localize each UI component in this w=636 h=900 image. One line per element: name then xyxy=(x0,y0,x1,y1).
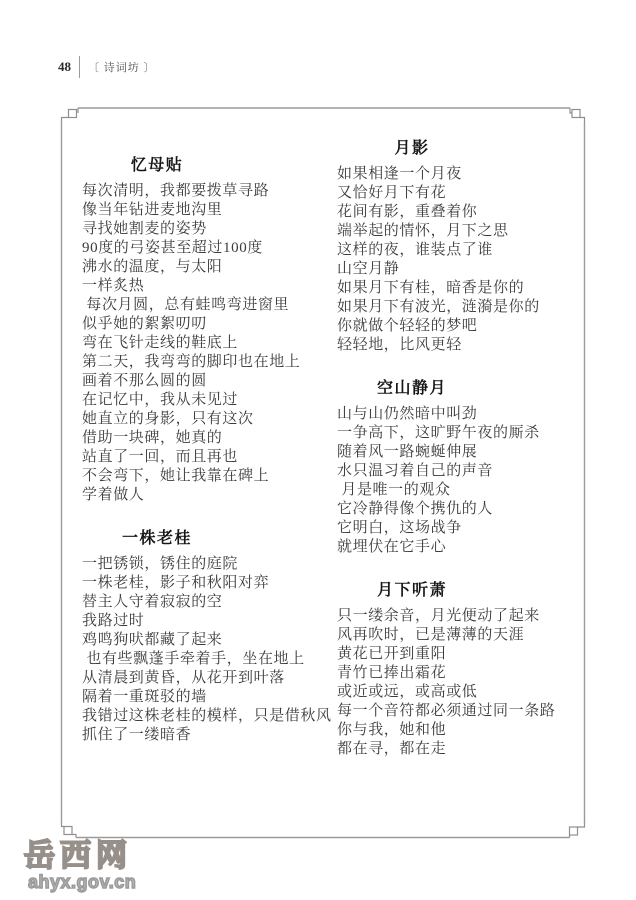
poem-title: 忆母贴 xyxy=(82,156,232,176)
poem-line: 在记忆中，我从未见过 xyxy=(82,391,334,410)
watermark-site-url: ahyx.gov.cn xyxy=(28,873,136,891)
poem-line: 轻轻地，比风更轻 xyxy=(337,336,587,355)
poem-line: 站直了一回，而且再也 xyxy=(82,448,334,467)
page-header: 48 〔 诗词坊 〕 xyxy=(58,56,156,78)
frame-corner-square-tr xyxy=(572,110,580,118)
poem-line: 山空月静 xyxy=(337,260,587,279)
poem-line: 你就做个轻轻的梦吧 xyxy=(337,317,587,336)
poem-line: 学着做人 xyxy=(82,486,334,505)
header-divider xyxy=(79,56,80,78)
poem-line: 风再吹时，已是薄薄的天涯 xyxy=(337,626,587,645)
poem-line: 弯在飞针走线的鞋底上 xyxy=(82,334,334,353)
poem: 忆母贴每次清明，我都要拨草寻路像当年钻进麦地沟里寻找她割麦的姿势90度的弓姿甚至… xyxy=(82,156,334,505)
poem-line: 不会弯下，她让我靠在碑上 xyxy=(82,467,334,486)
poem-line: 每次清明，我都要拨草寻路 xyxy=(82,182,334,201)
poem-line: 如果月下有桂，暗香是你的 xyxy=(337,279,587,298)
poem-line: 都在寻，都在走 xyxy=(337,740,587,759)
poem-line: 替主人守着寂寂的空 xyxy=(82,593,334,612)
poem-line: 每一个音符都必须通过同一条路 xyxy=(337,702,587,721)
poem-line: 从清晨到黄昏，从花开到叶落 xyxy=(82,669,334,688)
poem-line: 青竹已捧出霜花 xyxy=(337,664,587,683)
poem-line: 水只温习着自己的声音 xyxy=(337,462,587,481)
book-page: 48 〔 诗词坊 〕 忆 xyxy=(0,0,636,900)
poem-line: 随着风一路蜿蜒伸展 xyxy=(337,443,587,462)
poem-title: 月下听萧 xyxy=(337,581,487,601)
poem-line: 借助一块碑，她真的 xyxy=(82,429,334,448)
watermark: 岳西网 ahyx.gov.cn xyxy=(24,840,136,891)
poem-line: 每次月圆，总有蛙鸣弯进窗里 xyxy=(82,296,334,315)
page-number: 48 xyxy=(58,59,71,75)
poem-title: 一株老桂 xyxy=(82,529,232,549)
poem-line: 一把锈锁，锈住的庭院 xyxy=(82,555,334,574)
poem-line: 你与我，她和他 xyxy=(337,721,587,740)
poem: 空山静月山与山仍然暗中叫劲一争高下，这旷野午夜的厮杀随着风一路蜿蜒伸展水只温习着… xyxy=(337,379,587,557)
poem-line: 如果月下有波光，涟漪是你的 xyxy=(337,298,587,317)
poem-line: 鸡鸣狗吠都藏了起来 xyxy=(82,631,334,650)
frame-corner-square-br xyxy=(570,827,578,835)
poem-line: 它明白，这场战争 xyxy=(337,519,587,538)
poem-line: 如果相逢一个月夜 xyxy=(337,165,587,184)
section-label: 〔 诗词坊 〕 xyxy=(88,59,156,75)
poem-line: 寻找她割麦的姿势 xyxy=(82,220,334,239)
poem-line: 又恰好月下有花 xyxy=(337,184,587,203)
right-column: 月影如果相逢一个月夜又恰好月下有花花间有影，重叠着你端举起的情怀，月下之思这样的… xyxy=(337,139,587,759)
poem-line: 似乎她的絮絮叨叨 xyxy=(82,315,334,334)
poem-title: 空山静月 xyxy=(337,379,487,399)
poem-line: 画着不那么圆的圆 xyxy=(82,372,334,391)
watermark-site-name: 岳西网 xyxy=(24,840,136,871)
frame-corner-square-bl xyxy=(64,827,72,835)
poem-line: 这样的夜，谁装点了谁 xyxy=(337,241,587,260)
poem-line: 只一缕余音，月光便动了起来 xyxy=(337,607,587,626)
poem: 月下听萧只一缕余音，月光便动了起来风再吹时，已是薄薄的天涯黄花已开到重阳青竹已捧… xyxy=(337,581,587,759)
poem-line: 90度的弓姿甚至超过100度 xyxy=(82,239,334,258)
poem-line: 一争高下，这旷野午夜的厮杀 xyxy=(337,424,587,443)
poem-line: 也有些飘蓬手牵着手，坐在地上 xyxy=(82,650,334,669)
poem-line: 一样炙热 xyxy=(82,277,334,296)
poem-line: 隔着一重斑驳的墙 xyxy=(82,688,334,707)
poem-line: 她直立的身影，只有这次 xyxy=(82,410,334,429)
poem-line: 就埋伏在它手心 xyxy=(337,538,587,557)
poem-title: 月影 xyxy=(337,139,487,159)
poem-line: 黄花已开到重阳 xyxy=(337,645,587,664)
poem-line: 它冷静得像个携仇的人 xyxy=(337,500,587,519)
poem-line: 山与山仍然暗中叫劲 xyxy=(337,405,587,424)
poem-line: 月是唯一的观众 xyxy=(337,481,587,500)
poem-line: 沸水的温度，与太阳 xyxy=(82,258,334,277)
poem-line: 端举起的情怀，月下之思 xyxy=(337,222,587,241)
poem-line: 抓住了一缕暗香 xyxy=(82,726,334,745)
poem-line: 或近或远，或高或低 xyxy=(337,683,587,702)
poem-line: 一株老桂，影子和秋阳对弈 xyxy=(82,574,334,593)
poem: 一株老桂一把锈锁，锈住的庭院一株老桂，影子和秋阳对弈替主人守着寂寂的空我路过时鸡… xyxy=(82,529,334,745)
poem: 月影如果相逢一个月夜又恰好月下有花花间有影，重叠着你端举起的情怀，月下之思这样的… xyxy=(337,139,587,355)
poem-line: 我路过时 xyxy=(82,612,334,631)
left-column: 忆母贴每次清明，我都要拨草寻路像当年钻进麦地沟里寻找她割麦的姿势90度的弓姿甚至… xyxy=(82,156,334,745)
poem-line: 花间有影，重叠着你 xyxy=(337,203,587,222)
poem-line: 第二天，我弯弯的脚印也在地上 xyxy=(82,353,334,372)
poem-line: 我错过这株老桂的模样，只是借秋风 xyxy=(82,707,334,726)
poem-line: 像当年钻进麦地沟里 xyxy=(82,201,334,220)
frame-corner-square-tl xyxy=(69,110,77,118)
